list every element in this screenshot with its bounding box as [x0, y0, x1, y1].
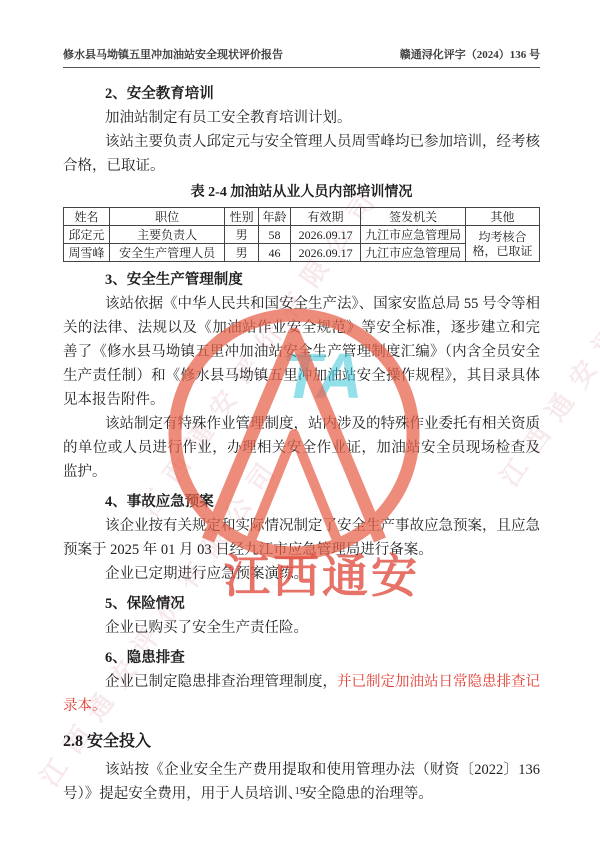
cell-gender: 男 — [225, 226, 259, 244]
cell-issuer: 九江市应急管理局 — [361, 226, 466, 244]
section-2-8-heading: 2.8 安全投入 — [63, 730, 540, 754]
cell-validity: 2026.09.17 — [290, 244, 360, 262]
col-validity: 有效期 — [290, 208, 360, 226]
cell-gender: 男 — [225, 244, 259, 262]
col-age: 年龄 — [259, 208, 291, 226]
section-6-heading: 6、隐患排查 — [63, 646, 540, 670]
section-4-heading: 4、事故应急预案 — [63, 490, 540, 514]
paragraph: 企业已购买了安全生产责任险。 — [63, 616, 540, 640]
paragraph: 该站制定有特殊作业管理制度，站内涉及的特殊作业委托有相关资质的单位或人员进行作业… — [63, 412, 540, 484]
section-2-heading: 2、安全教育培训 — [63, 82, 540, 106]
cell-issuer: 九江市应急管理局 — [361, 244, 466, 262]
cell-age: 46 — [259, 244, 291, 262]
header-doc-number: 赣通浔化评字（2024）136 号 — [400, 46, 540, 62]
paragraph: 企业已制定隐患排查治理管理制度，并已制定加油站日常隐患排查记录本。 — [63, 670, 540, 718]
cell-other-merged: 均考核合格，已取证 — [466, 226, 540, 262]
page-header: 修水县马坳镇五里冲加油站安全现状评价报告 赣通浔化评字（2024）136 号 — [63, 46, 540, 68]
col-issuer: 签发机关 — [361, 208, 466, 226]
table-2-4-title: 表 2-4 加油站从业人员内部培训情况 — [63, 181, 540, 205]
col-position: 职位 — [109, 208, 224, 226]
cell-age: 58 — [259, 226, 291, 244]
paragraph-text: 企业已制定隐患排查治理管理制度， — [105, 674, 337, 690]
cell-name: 周雪峰 — [64, 244, 110, 262]
paragraph: 企业已定期进行应急预案演练。 — [63, 562, 540, 586]
cell-validity: 2026.09.17 — [290, 226, 360, 244]
document-page: 江西通安评价有限公司 江西通安评价有限公司 江西通安评价有限公司 TA 江西通安… — [0, 0, 600, 849]
paragraph: 加油站制定有员工安全教育培训计划。 — [63, 106, 540, 130]
cell-position: 安全生产管理人员 — [109, 244, 224, 262]
document-body: 2、安全教育培训 加油站制定有员工安全教育培训计划。 该站主要负责人邱定元与安全… — [63, 76, 540, 806]
col-name: 姓名 — [64, 208, 110, 226]
table-header-row: 姓名 职位 性别 年龄 有效期 签发机关 其他 — [64, 208, 540, 226]
section-5-heading: 5、保险情况 — [63, 592, 540, 616]
cell-name: 邱定元 — [64, 226, 110, 244]
header-report-title: 修水县马坳镇五里冲加油站安全现状评价报告 — [63, 46, 283, 62]
paragraph: 该站按《企业安全生产费用提取和使用管理办法（财资〔2022〕136 号）》提起安… — [63, 758, 540, 806]
page-number: 19 — [0, 785, 600, 797]
section-3-heading: 3、安全生产管理制度 — [63, 268, 540, 292]
paragraph: 该站主要负责人邱定元与安全管理人员周雪峰均已参加培训，经考核合格，已取证。 — [63, 130, 540, 178]
training-table: 姓名 职位 性别 年龄 有效期 签发机关 其他 邱定元 主要负责人 男 58 2… — [63, 207, 540, 262]
col-other: 其他 — [466, 208, 540, 226]
cell-position: 主要负责人 — [109, 226, 224, 244]
table-row: 邱定元 主要负责人 男 58 2026.09.17 九江市应急管理局 均考核合格… — [64, 226, 540, 244]
paragraph: 该站依据《中华人民共和国安全生产法》、国家安监总局 55 号令等相关的法律、法规… — [63, 292, 540, 412]
paragraph: 该企业按有关规定和实际情况制定了安全生产事故应急预案，且应急预案于 2025 年… — [63, 514, 540, 562]
col-gender: 性别 — [225, 208, 259, 226]
